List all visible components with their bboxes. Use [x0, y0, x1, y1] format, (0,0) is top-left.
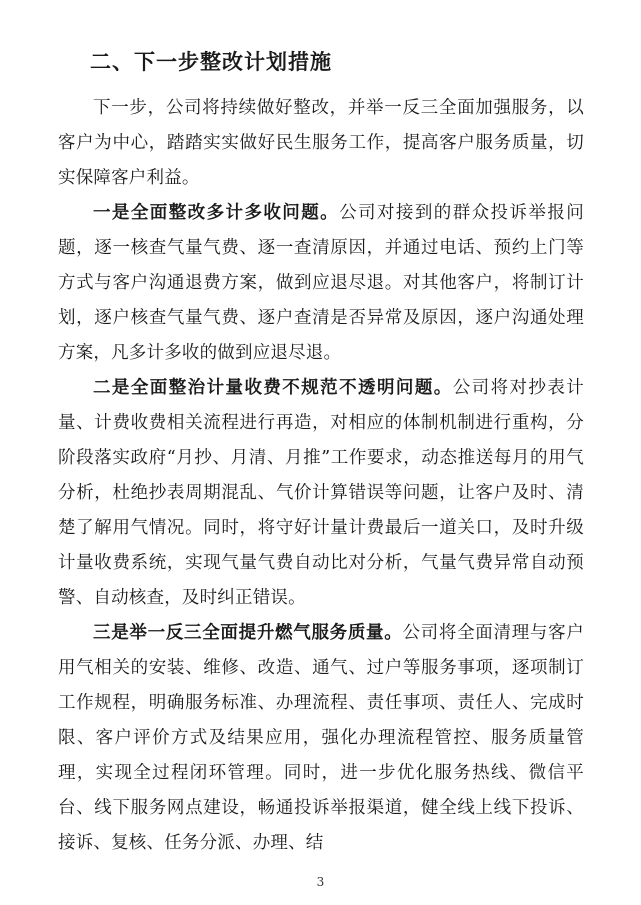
document-content: 二、下一步整改计划措施 下一步，公司将持续做好整改，并举一反三全面加强服务，以客…	[58, 0, 584, 861]
paragraph-point-1: 一是全面整改多计多收问题。公司对接到的群众投诉举报问题，逐一核查气量气费、逐一查…	[58, 196, 584, 371]
paragraph-text: 公司对接到的群众投诉举报问题，逐一核查气量气费、逐一查清原因，并通过电话、预约上…	[58, 203, 584, 363]
paragraph-lead: 二是全面整治计量收费不规范不透明问题。	[93, 378, 453, 398]
paragraph-point-3: 三是举一反三全面提升燃气服务质量。公司将全面清理与客户用气相关的安装、维修、改造…	[58, 616, 584, 861]
paragraph-intro: 下一步，公司将持续做好整改，并举一反三全面加强服务，以客户为中心，踏踏实实做好民…	[58, 91, 584, 196]
paragraph-text: 公司将全面清理与客户用气相关的安装、维修、改造、通气、过户等服务事项，逐项制订工…	[58, 623, 584, 853]
paragraph-lead: 一是全面整改多计多收问题。	[93, 203, 339, 223]
paragraph-text: 下一步，公司将持续做好整改，并举一反三全面加强服务，以客户为中心，踏踏实实做好民…	[58, 98, 584, 188]
paragraph-text: 公司将对抄表计量、计费收费相关流程进行再造，对相应的体制机制进行重构，分阶段落实…	[58, 378, 584, 608]
section-heading: 二、下一步整改计划措施	[58, 48, 584, 76]
document-page: 二、下一步整改计划措施 下一步，公司将持续做好整改，并举一反三全面加强服务，以客…	[0, 0, 641, 905]
paragraph-lead: 三是举一反三全面提升燃气服务质量。	[93, 623, 402, 643]
paragraph-point-2: 二是全面整治计量收费不规范不透明问题。公司将对抄表计量、计费收费相关流程进行再造…	[58, 371, 584, 616]
page-number: 3	[0, 875, 641, 889]
